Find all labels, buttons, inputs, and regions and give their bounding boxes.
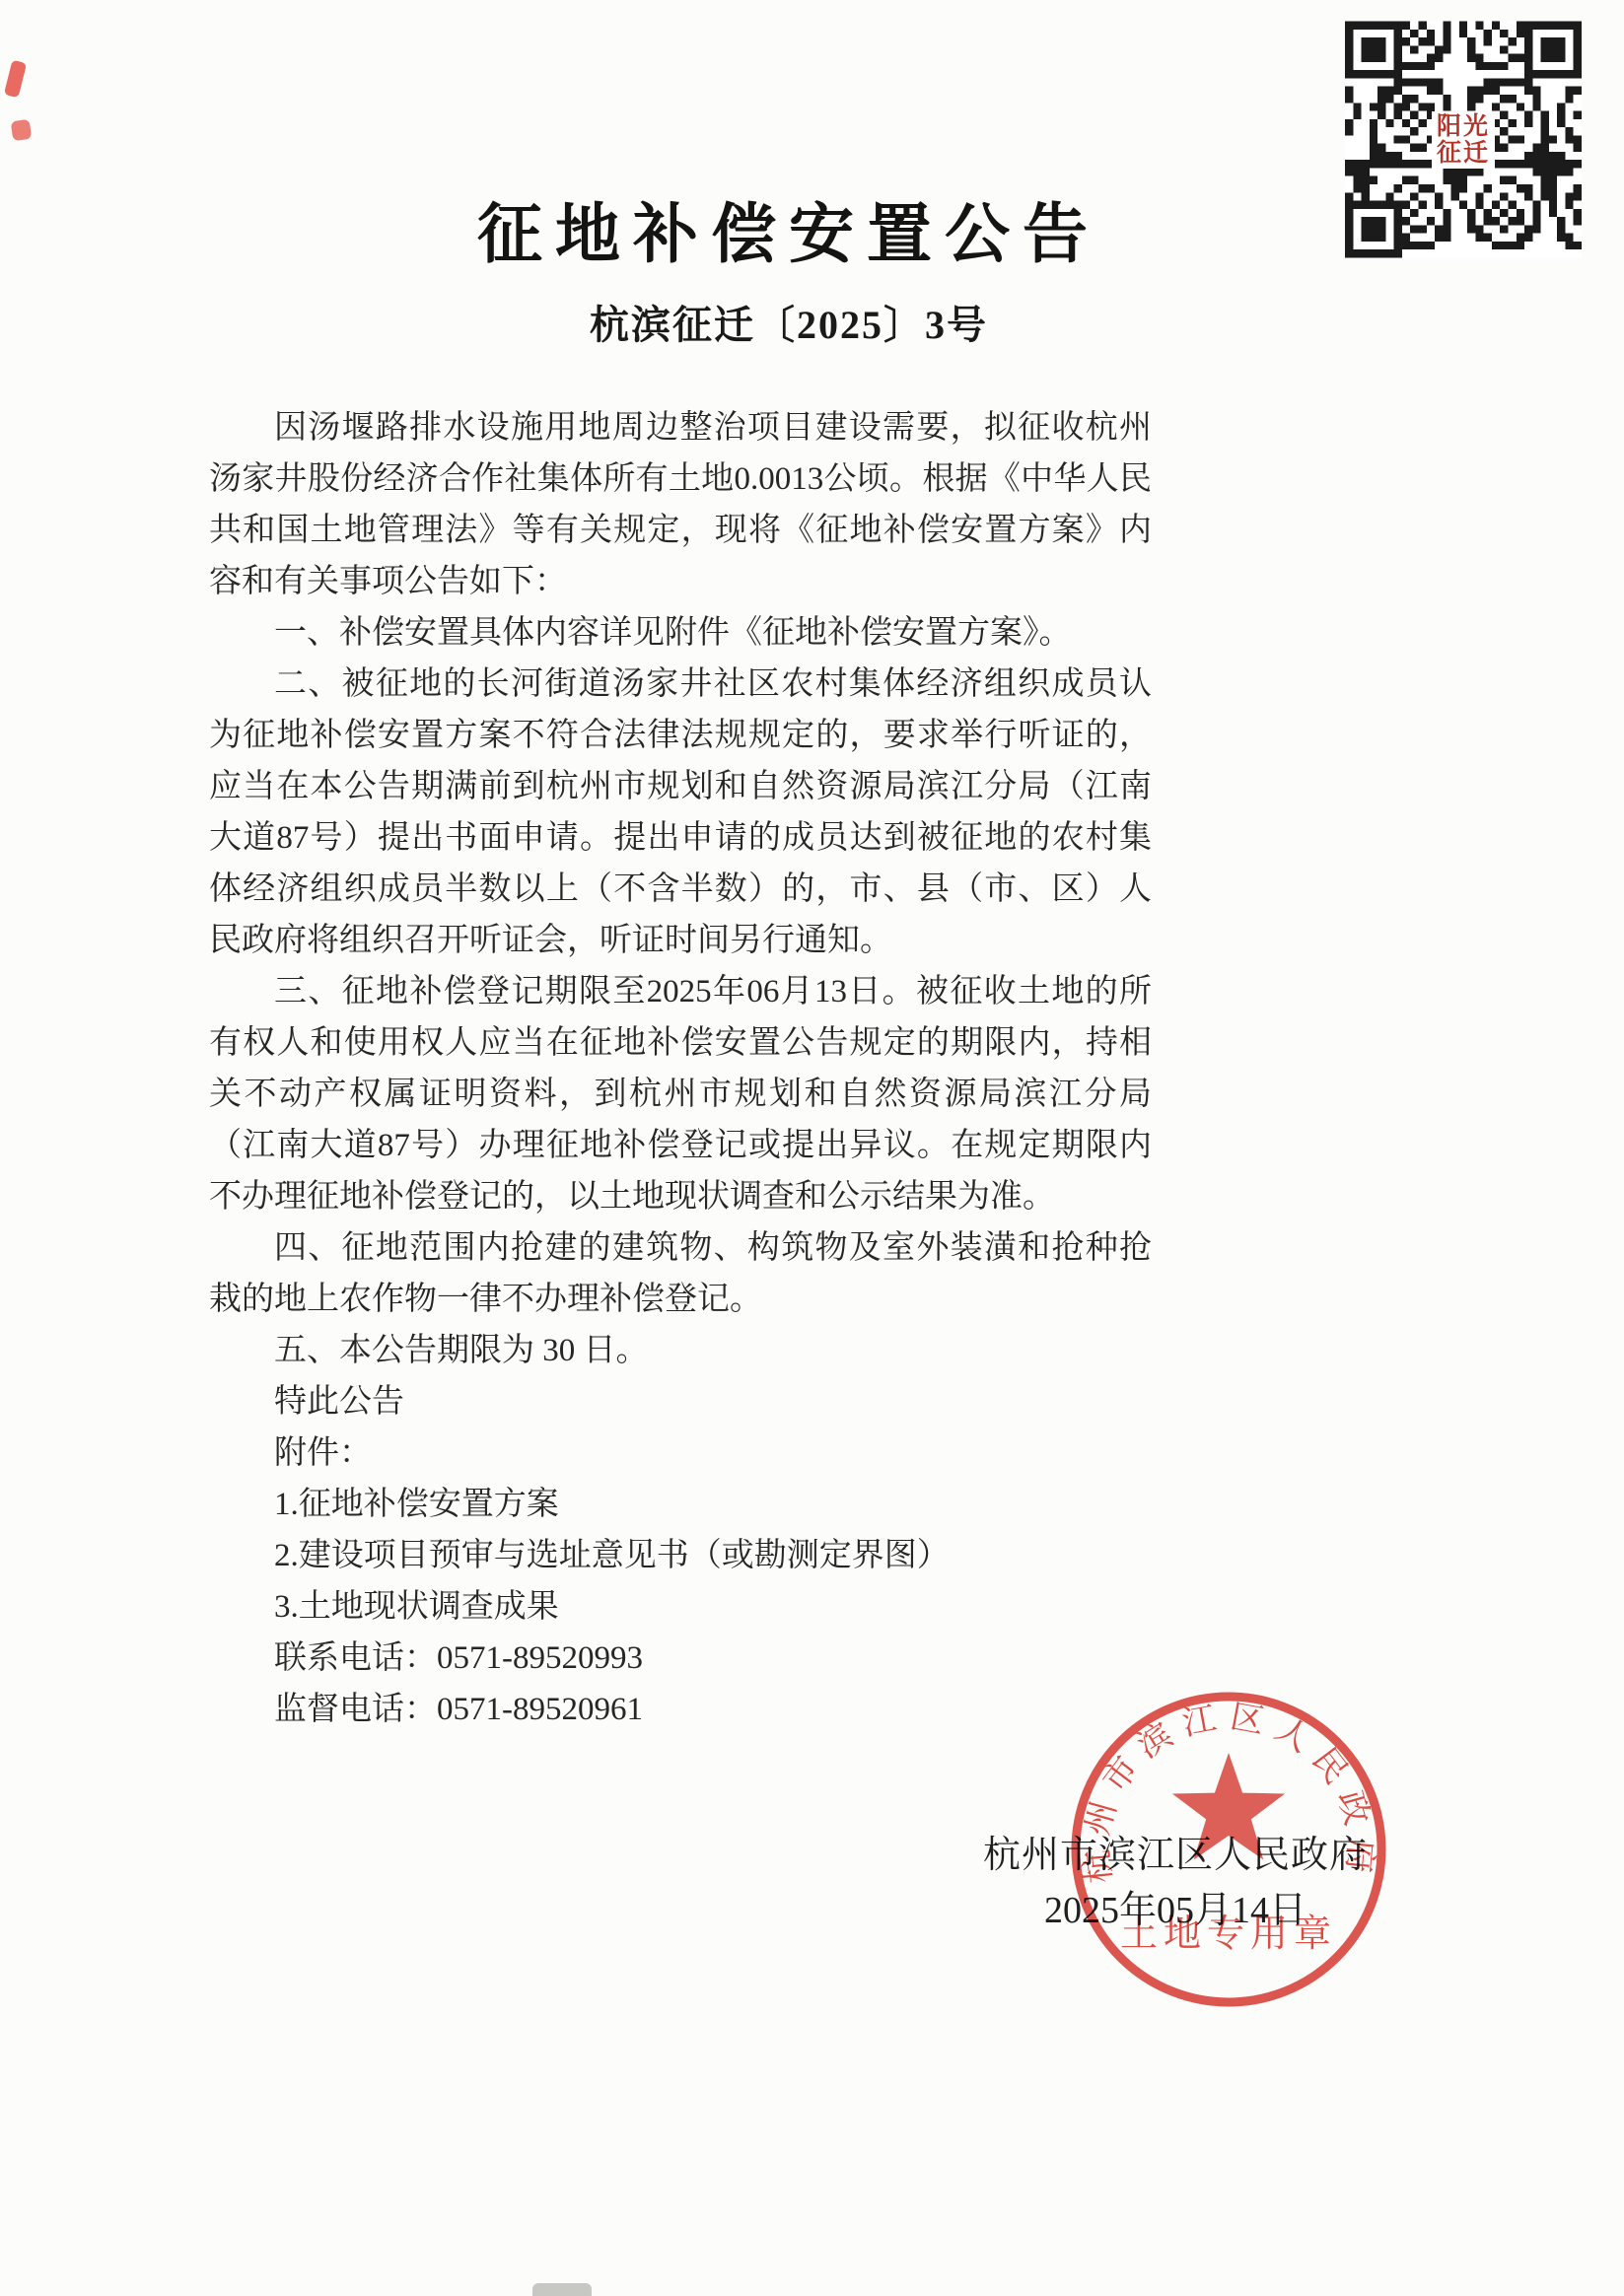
- qr-code: 阳光 征迁: [1345, 20, 1582, 259]
- seal-ring: [1076, 1697, 1381, 2002]
- red-ink-mark: [4, 60, 27, 99]
- paragraph-item-2: 二、被征地的长河街道汤家井社区农村集体经济组织成员认为征地补偿安置方案不符合法律…: [209, 659, 1152, 966]
- page-title: 征地补偿安置公告: [237, 181, 1341, 275]
- attachment-3: 3.土地现状调查成果: [209, 1581, 1152, 1633]
- announcement-body: 因汤堰路排水设施用地周边整治项目建设需要，拟征收杭州汤家井股份经济合作社集体所有…: [209, 402, 1152, 1735]
- red-ink-mark: [11, 119, 33, 141]
- qr-label: 阳光 征迁: [1432, 111, 1495, 169]
- document-number: 杭滨征迁〔2025〕3号: [237, 294, 1341, 350]
- paragraph-item-5: 五、本公告期限为 30 日。: [209, 1325, 1152, 1376]
- seal-bottom-text: 土地专用章: [1120, 1913, 1337, 1955]
- announcement-page: 阳光 征迁 征地补偿安置公告 杭滨征迁〔2025〕3号 因汤堰路排水设施用地周边…: [0, 0, 1624, 2296]
- attachments-heading: 附件：: [209, 1427, 1152, 1479]
- qr-label-line1: 阳光: [1437, 113, 1490, 140]
- attachment-1: 1.征地补偿安置方案: [209, 1479, 1152, 1530]
- attachment-2: 2.建设项目预审与选址意见书（或勘测定界图）: [209, 1530, 1152, 1581]
- supervision-phone: 监督电话：0571-89520961: [209, 1684, 1152, 1735]
- paragraph-item-1: 一、补偿安置具体内容详见附件《征地补偿安置方案》。: [209, 607, 1152, 659]
- qr-label-line2: 征迁: [1437, 140, 1490, 167]
- scan-smudge: [532, 2283, 592, 2296]
- contact-phone: 联系电话：0571-89520993: [209, 1633, 1152, 1684]
- paragraph-item-4: 四、征地范围内抢建的建筑物、构筑物及室外装潢和抢种抢栽的地上农作物一律不办理补偿…: [209, 1222, 1152, 1325]
- paragraph-closing: 特此公告: [209, 1376, 1152, 1427]
- paragraph-intro: 因汤堰路排水设施用地周边整治项目建设需要，拟征收杭州汤家井股份经济合作社集体所有…: [209, 402, 1152, 607]
- seal-star-icon: [1172, 1753, 1285, 1860]
- official-seal: 杭州市滨江区人民政府 土地专用章: [1063, 1684, 1394, 2015]
- paragraph-item-3: 三、征地补偿登记期限至2025年06月13日。被征收土地的所有权人和使用权人应当…: [209, 966, 1152, 1222]
